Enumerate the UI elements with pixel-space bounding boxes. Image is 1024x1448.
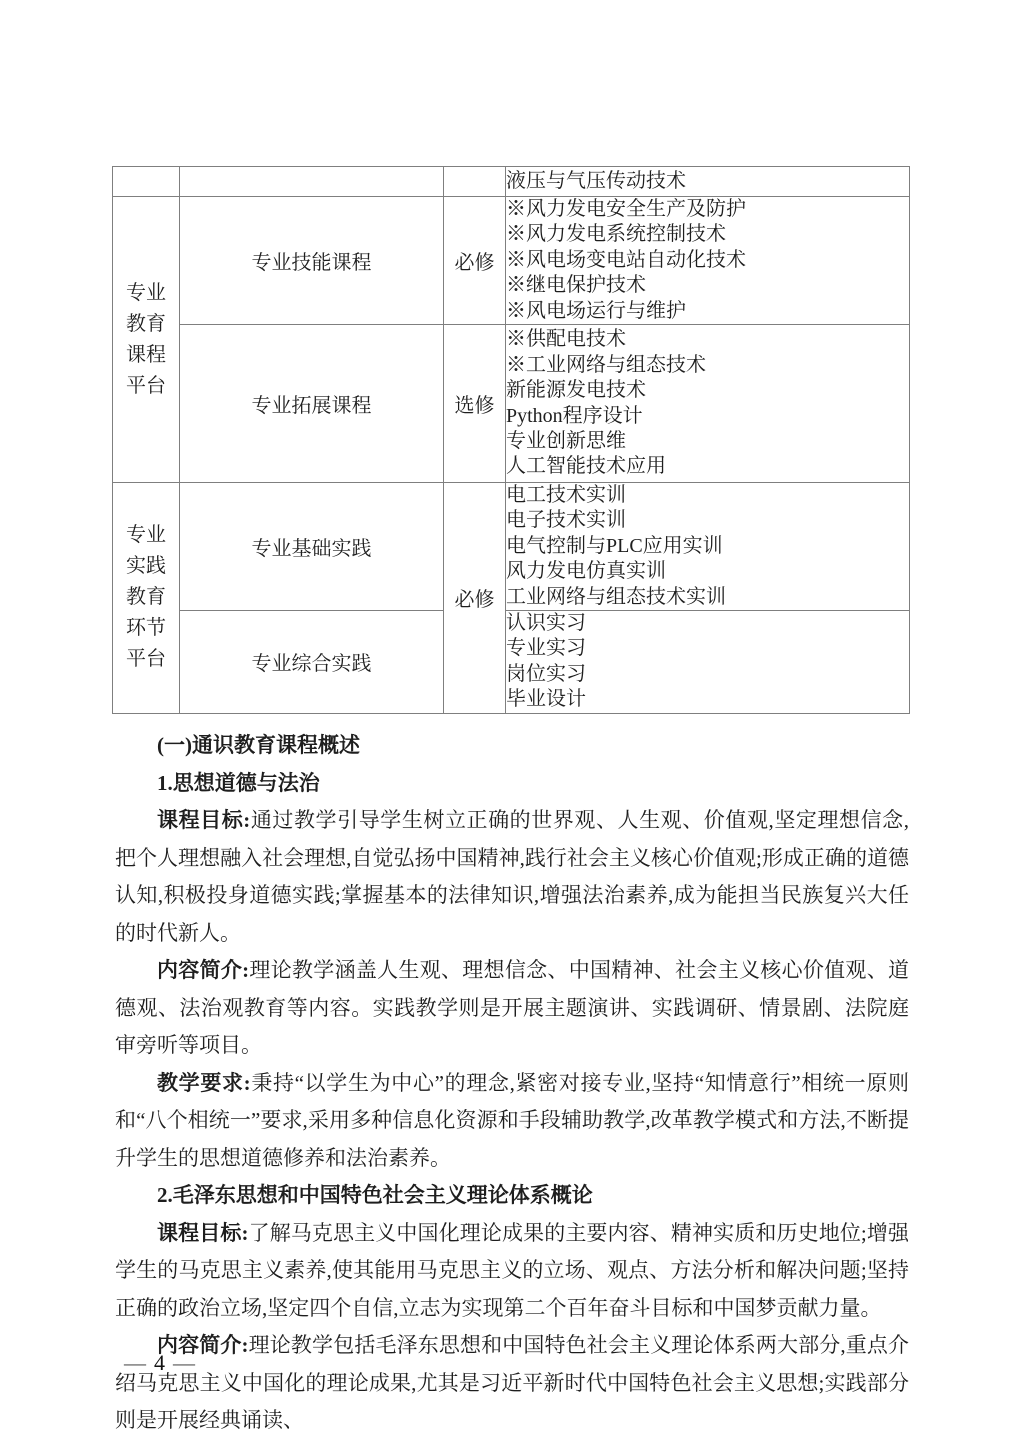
paragraph-label: 课程目标:: [157, 1221, 248, 1245]
paragraph: 教学要求:秉持“以学生为中心”的理念,紧密对接专业,坚持“知情意行”相统一原则和…: [115, 1065, 909, 1178]
document-page: 液压与气压传动技术 专业 教育 课程 平台 专业技能课程 必修 ※风力发电安全生…: [0, 0, 1024, 1448]
paragraph-label: 课程目标:: [157, 808, 250, 832]
course-type-cell: 选修: [444, 325, 506, 483]
page-number: —4—: [124, 1350, 195, 1376]
category-cell-empty: [180, 167, 444, 197]
paragraph: 内容简介:理论教学包括毛泽东思想和中国特色社会主义理论体系两大部分,重点介绍马克…: [115, 1327, 909, 1440]
table-row: 专业综合实践 认识实习 专业实习 岗位实习 毕业设计: [113, 611, 910, 714]
platform-cell: 专业 实践 教育 环节 平台: [113, 483, 180, 714]
platform-cell: 专业 教育 课程 平台: [113, 197, 180, 483]
paragraph: 内容简介:理论教学涵盖人生观、理想信念、中国精神、社会主义核心价值观、道德观、法…: [115, 952, 909, 1065]
page-number-dash-right: —: [173, 1350, 195, 1375]
category-cell: 专业拓展课程: [180, 325, 444, 483]
course-list-cell: 液压与气压传动技术: [506, 167, 910, 197]
course-list-cell: ※供配电技术 ※工业网络与组态技术 新能源发电技术 Python程序设计 专业创…: [506, 325, 910, 483]
paragraph: 课程目标:通过教学引导学生树立正确的世界观、人生观、价值观,坚定理想信念,把个人…: [115, 802, 909, 952]
curriculum-table: 液压与气压传动技术 专业 教育 课程 平台 专业技能课程 必修 ※风力发电安全生…: [112, 166, 910, 714]
table-row: 专业拓展课程 选修 ※供配电技术 ※工业网络与组态技术 新能源发电技术 Pyth…: [113, 325, 910, 483]
table-row: 专业 实践 教育 环节 平台 专业基础实践 必修 电工技术实训 电子技术实训 电…: [113, 483, 910, 611]
course-list-cell: ※风力发电安全生产及防护 ※风力发电系统控制技术 ※风电场变电站自动化技术 ※继…: [506, 197, 910, 325]
page-number-value: 4: [154, 1350, 165, 1375]
paragraph-label: 内容简介:: [157, 958, 249, 982]
paragraph: 课程目标:了解马克思主义中国化理论成果的主要内容、精神实质和历史地位;增强学生的…: [115, 1215, 909, 1328]
category-cell: 专业基础实践: [180, 483, 444, 611]
body-text: (一)通识教育课程概述 1.思想道德与法治 课程目标:通过教学引导学生树立正确的…: [115, 727, 909, 1440]
course-list-cell: 电工技术实训 电子技术实训 电气控制与PLC应用实训 风力发电仿真实训 工业网络…: [506, 483, 910, 611]
course-list-cell: 认识实习 专业实习 岗位实习 毕业设计: [506, 611, 910, 714]
table-row: 专业 教育 课程 平台 专业技能课程 必修 ※风力发电安全生产及防护 ※风力发电…: [113, 197, 910, 325]
section-heading: (一)通识教育课程概述: [115, 727, 909, 765]
course-type-cell: 必修: [444, 483, 506, 714]
page-number-dash-left: —: [124, 1350, 146, 1375]
table-row: 液压与气压传动技术: [113, 167, 910, 197]
course-type-cell-empty: [444, 167, 506, 197]
category-cell: 专业技能课程: [180, 197, 444, 325]
platform-cell-empty: [113, 167, 180, 197]
paragraph-label: 教学要求:: [157, 1071, 251, 1095]
course-title: 2.毛泽东思想和中国特色社会主义理论体系概论: [115, 1177, 909, 1215]
course-type-cell: 必修: [444, 197, 506, 325]
category-cell: 专业综合实践: [180, 611, 444, 714]
course-title: 1.思想道德与法治: [115, 765, 909, 803]
